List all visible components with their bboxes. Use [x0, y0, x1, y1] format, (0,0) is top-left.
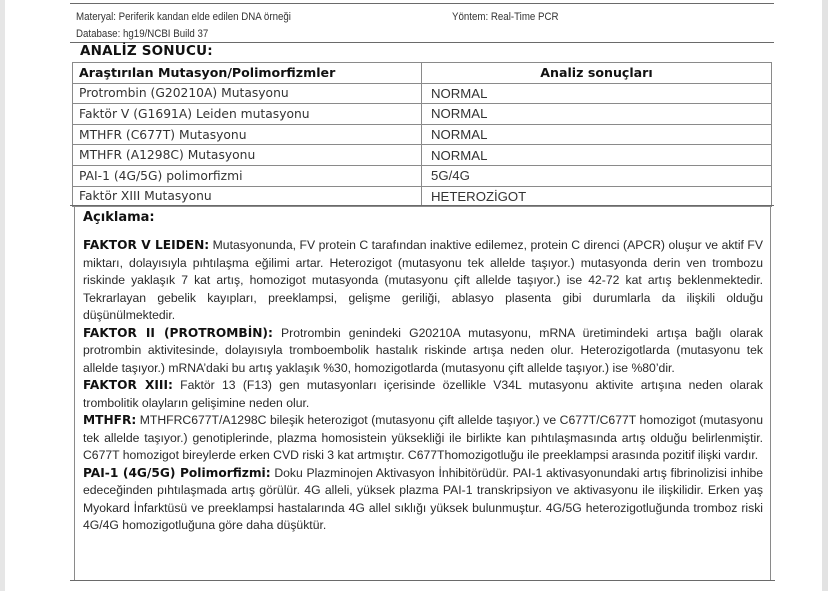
- top-divider: [70, 3, 774, 4]
- test-name: MTHFR (A1298C) Mutasyonu: [73, 145, 422, 166]
- description: Faktör 13 (F13) gen mutasyonları içerisi…: [83, 378, 763, 410]
- explanation-title: Açıklama:: [83, 210, 155, 225]
- test-name: MTHFR (C677T) Mutasyonu: [73, 124, 422, 145]
- test-name: PAI-1 (4G/5G) polimorfizmi: [73, 165, 422, 186]
- table-row: MTHFR (C677T) Mutasyonu NORMAL: [73, 124, 772, 145]
- test-name: Protrombin (G20210A) Mutasyonu: [73, 83, 422, 104]
- explanation-factor-v-leiden: FAKTOR V LEIDEN: Mutasyonunda, FV protei…: [83, 237, 763, 325]
- explanation-box: Açıklama: FAKTOR V LEIDEN: Mutasyonunda,…: [74, 207, 771, 580]
- test-result: 5G/4G: [422, 165, 772, 186]
- table-row: Faktör XIII Mutasyonu HETEROZİGOT: [73, 186, 772, 207]
- term: FAKTOR V LEIDEN:: [83, 238, 209, 252]
- explanation-mthfr: MTHFR: MTHFRC677T/A1298C bileşik heteroz…: [83, 412, 763, 465]
- test-name: Faktör V (G1691A) Leiden mutasyonu: [73, 104, 422, 125]
- test-result: NORMAL: [422, 145, 772, 166]
- explanation-body: FAKTOR V LEIDEN: Mutasyonunda, FV protei…: [83, 237, 763, 535]
- table-row: Faktör V (G1691A) Leiden mutasyonu NORMA…: [73, 104, 772, 125]
- term: FAKTOR XIII:: [83, 378, 173, 392]
- explanation-top-divider: [70, 205, 774, 206]
- method-label: Yöntem: Real-Time PCR: [452, 11, 559, 23]
- page-margin-left: [0, 0, 5, 591]
- results-title: ANALİZ SONUCU:: [80, 43, 213, 59]
- test-result: HETEROZİGOT: [422, 186, 772, 207]
- table-row: PAI-1 (4G/5G) polimorfizmi 5G/4G: [73, 165, 772, 186]
- term: PAI-1 (4G/5G) Polimorfizmi:: [83, 466, 271, 480]
- table-header-row: Araştırılan Mutasyon/Polimorfizmler Anal…: [73, 63, 772, 84]
- test-result: NORMAL: [422, 124, 772, 145]
- term: FAKTOR II (PROTROMBİN):: [83, 326, 273, 340]
- database-label: Database: hg19/NCBI Build 37: [76, 28, 208, 40]
- table-row: MTHFR (A1298C) Mutasyonu NORMAL: [73, 145, 772, 166]
- material-label: Materyal: Periferik kandan elde edilen D…: [76, 11, 291, 23]
- column-header-result: Analiz sonuçları: [422, 63, 772, 84]
- description: MTHFRC677T/A1298C bileşik heterozigot (m…: [83, 413, 763, 462]
- test-name: Faktör XIII Mutasyonu: [73, 186, 422, 207]
- column-header-test: Araştırılan Mutasyon/Polimorfizmler: [73, 63, 422, 84]
- results-table: Araştırılan Mutasyon/Polimorfizmler Anal…: [72, 62, 772, 207]
- table-row: Protrombin (G20210A) Mutasyonu NORMAL: [73, 83, 772, 104]
- test-result: NORMAL: [422, 83, 772, 104]
- explanation-pai-1: PAI-1 (4G/5G) Polimorfizmi: Doku Plazmin…: [83, 465, 763, 535]
- explanation-factor-ii: FAKTOR II (PROTROMBİN): Protrombin genin…: [83, 325, 763, 378]
- scrollbar[interactable]: [822, 0, 828, 591]
- bottom-divider: [70, 580, 775, 581]
- term: MTHFR:: [83, 413, 136, 427]
- explanation-factor-xiii: FAKTOR XIII: Faktör 13 (F13) gen mutasyo…: [83, 377, 763, 412]
- test-result: NORMAL: [422, 104, 772, 125]
